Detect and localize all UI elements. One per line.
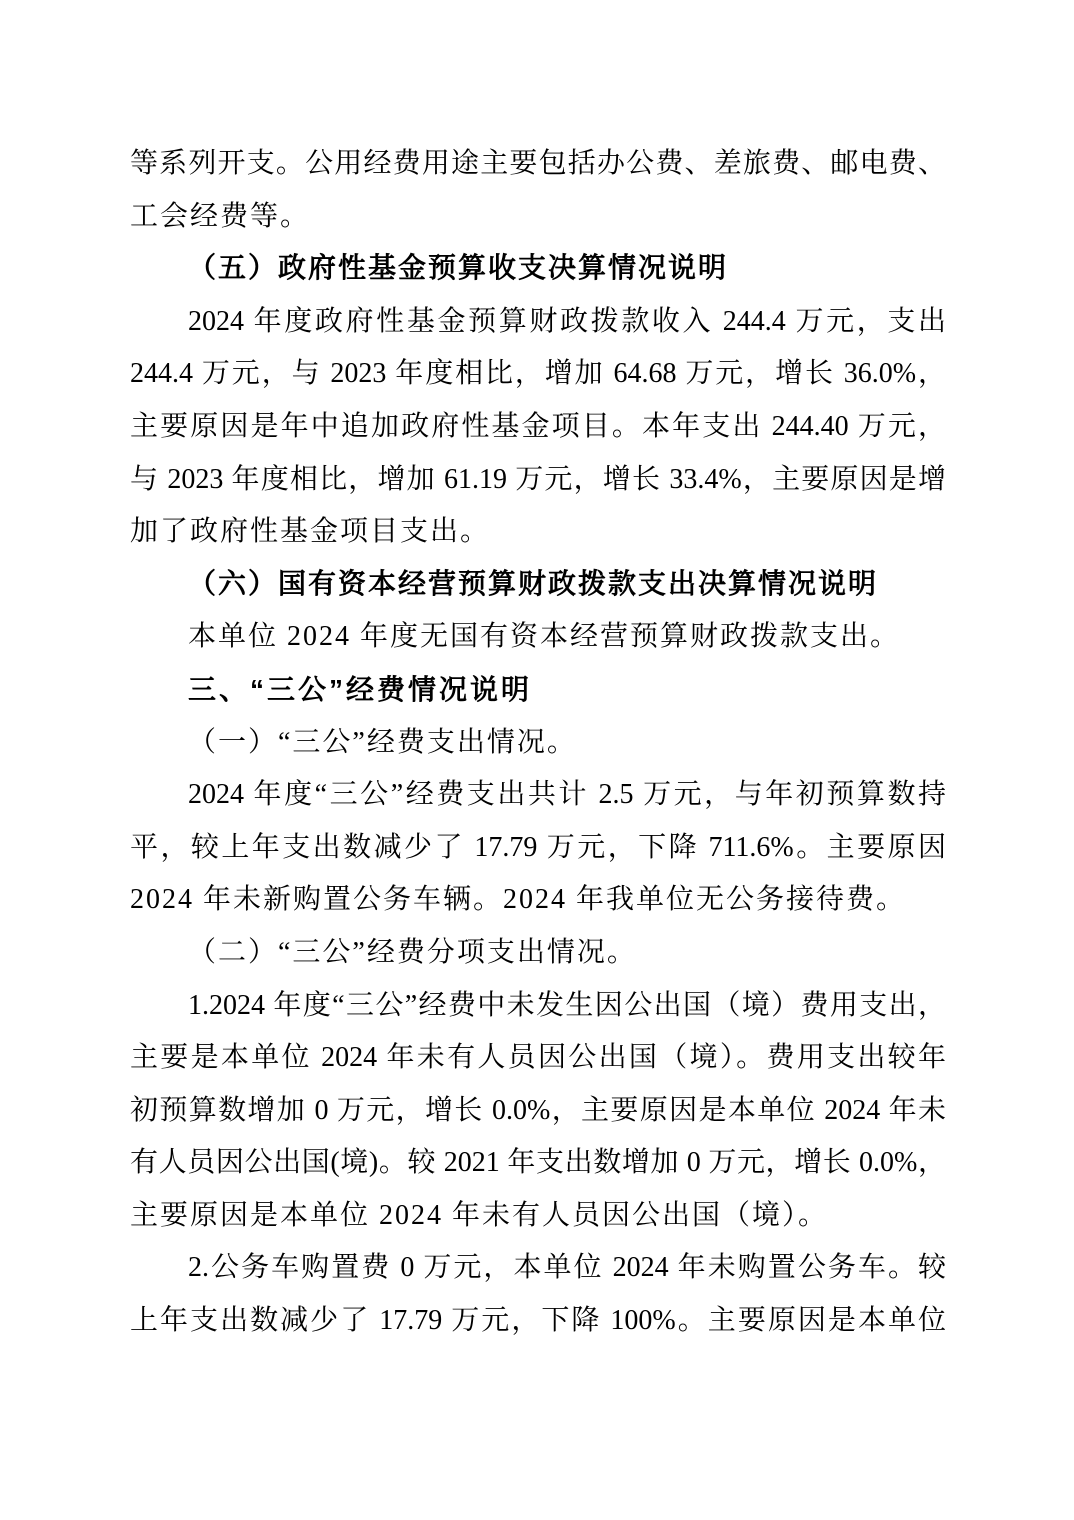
text-line: 与 2023 年度相比，增加 61.19 万元，增长 33.4%，主要原因是增	[130, 454, 946, 507]
text-line: 2024 年度“三公”经费支出共计 2.5 万元，与年初预算数持	[130, 769, 946, 822]
text-line: （二）“三公”经费分项支出情况。	[130, 927, 946, 980]
text-line: 加了政府性基金项目支出。	[130, 506, 946, 559]
document-lines: 等系列开支。公用经费用途主要包括办公费、差旅费、邮电费、工会经费等。（五）政府性…	[130, 138, 946, 1348]
text-line: （一）“三公”经费支出情况。	[130, 717, 946, 770]
text-line: 工会经费等。	[130, 191, 946, 244]
text-line: 主要是本单位 2024 年未有人员因公出国（境）。费用支出较年	[130, 1032, 946, 1085]
text-line: 等系列开支。公用经费用途主要包括办公费、差旅费、邮电费、	[130, 138, 946, 191]
text-line: 2024 年度政府性基金预算财政拨款收入 244.4 万元，支出	[130, 296, 946, 349]
text-line: 主要原因是本单位 2024 年未有人员因公出国（境）。	[130, 1190, 946, 1243]
text-line: 本单位 2024 年度无国有资本经营预算财政拨款支出。	[130, 611, 946, 664]
text-line: 2.公务车购置费 0 万元，本单位 2024 年未购置公务车。较	[130, 1242, 946, 1295]
text-line: 平，较上年支出数减少了 17.79 万元，下降 711.6%。主要原因	[130, 822, 946, 875]
document-page: 等系列开支。公用经费用途主要包括办公费、差旅费、邮电费、工会经费等。（五）政府性…	[0, 0, 1074, 1520]
text-line: 三、“三公”经费情况说明	[130, 664, 946, 717]
text-line: 主要原因是年中追加政府性基金项目。本年支出 244.40 万元，	[130, 401, 946, 454]
text-line: 初预算数增加 0 万元，增长 0.0%，主要原因是本单位 2024 年未	[130, 1085, 946, 1138]
text-line: 有人员因公出国(境)。较 2021 年支出数增加 0 万元，增长 0.0%，	[130, 1137, 946, 1190]
text-line: （五）政府性基金预算收支决算情况说明	[130, 243, 946, 296]
text-line: 2024 年未新购置公务车辆。2024 年我单位无公务接待费。	[130, 874, 946, 927]
text-line: 1.2024 年度“三公”经费中未发生因公出国（境）费用支出，	[130, 980, 946, 1033]
text-line: 244.4 万元，与 2023 年度相比，增加 64.68 万元，增长 36.0…	[130, 348, 946, 401]
text-line: （六）国有资本经营预算财政拨款支出决算情况说明	[130, 559, 946, 612]
text-line: 上年支出数减少了 17.79 万元，下降 100%。主要原因是本单位	[130, 1295, 946, 1348]
